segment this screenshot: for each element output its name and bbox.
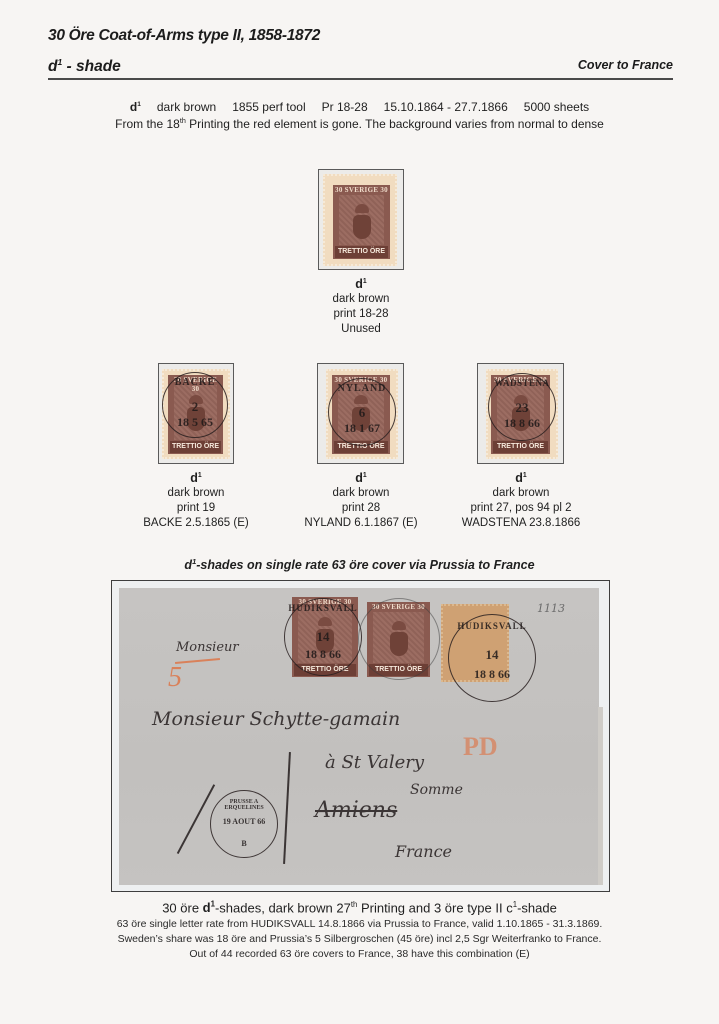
subtitle-text: - shade (62, 58, 121, 75)
stamp-mount-unused: 30 SVERIGE 30 TRETTIO ÖRE (318, 169, 404, 270)
caption-detail: WADSTENA 23.8.1866 (421, 516, 621, 531)
caption-print: print 27, pos 94 pl 2 (421, 501, 621, 516)
section-label: Cover to France (578, 58, 673, 72)
address-line-6: France (395, 842, 452, 861)
stamp-top-text: 30 SVERIGE 30 (335, 186, 388, 195)
red-rate-mark: 5 (168, 662, 182, 694)
spec-printings: Pr 18-28 (322, 100, 368, 114)
header-divider (48, 78, 673, 80)
address-line-1: Monsieur (176, 640, 239, 655)
stamp-caption-wadstena: d1 dark brown print 27, pos 94 pl 2 WADS… (421, 468, 621, 531)
spec-sheets: 5000 sheets (524, 100, 589, 114)
spec-period: 15.10.1864 - 27.7.1866 (384, 100, 508, 114)
spec-perf: 1855 perf tool (232, 100, 305, 114)
caption-color: dark brown (261, 292, 461, 307)
caption-detail: Unused (261, 322, 461, 337)
cover-caption-line-3: Out of 44 recorded 63 öre covers to Fran… (0, 948, 719, 960)
caption-color: dark brown (421, 486, 621, 501)
stamp-caption-unused: d1 dark brown print 18-28 Unused (261, 274, 461, 337)
stamp-mount-nyland: 30 SVERIGE 30 TRETTIO ÖRE NYLAND 6 18 1 … (317, 363, 404, 464)
stamp-design: 30 SVERIGE 30 TRETTIO ÖRE (333, 185, 390, 259)
address-line-2: Monsieur Schytte-gamain (152, 708, 400, 730)
pd-marking: PD (463, 732, 498, 762)
address-line-3: à St Valery (325, 752, 424, 773)
postmark-wadstena: WADSTENA 23 18 8 66 (488, 373, 556, 441)
cover-caption-line-1: 63 öre single letter rate from HUDIKSVAL… (0, 918, 719, 930)
cover-heading: d1-shades on single rate 63 öre cover vi… (0, 557, 719, 572)
transit-postmark: PRUSSE A ERQUELINES 19 AOUT 66 B (210, 790, 278, 858)
cover-postmark-2 (358, 598, 440, 680)
address-line-5: Amiens (315, 798, 397, 823)
page-subtitle: d1 - shade (48, 57, 121, 76)
stamp-value-text: TRETTIO ÖRE (170, 441, 221, 453)
cover-caption-title: 30 öre d1-shades, dark brown 27th Printi… (0, 900, 719, 915)
caption-shade: d1 (261, 274, 461, 292)
spec-note: From the 18th Printing the red element i… (0, 116, 719, 131)
crown-icon (355, 204, 369, 213)
address-line-4: Somme (410, 782, 463, 798)
spec-line: d1dark brown1855 perf toolPr 18-2815.10.… (0, 100, 719, 114)
cover-flap (598, 707, 603, 885)
page-title: 30 Öre Coat-of-Arms type II, 1858-1872 (48, 27, 320, 45)
cover-postmark-1: HUDIKSVALL 14 18 8 66 (284, 598, 362, 676)
postmark-backe: BACKE 2 18 5 65 (162, 372, 228, 438)
stamp-value-text: TRETTIO ÖRE (335, 246, 388, 258)
caption-print: print 18-28 (261, 307, 461, 322)
postmark-nyland: NYLAND 6 18 1 67 (328, 378, 396, 446)
stamp-value-text: TRETTIO ÖRE (493, 441, 548, 453)
coat-of-arms-icon (353, 215, 371, 239)
spec-color: dark brown (157, 100, 216, 114)
spec-shade: d1 (130, 100, 141, 114)
stamp-mount-wadstena: 30 SVERIGE 30 TRETTIO ÖRE WADSTENA 23 18… (477, 363, 564, 464)
cover-caption-line-2: Sweden’s share was 18 öre and Prussia’s … (0, 933, 719, 945)
stamp-mount-backe: 30 SVERIGE 30 TRETTIO ÖRE BACKE 2 18 5 6… (158, 363, 234, 464)
pencil-note: 1113 (537, 602, 565, 615)
cover-postmark-3: HUDIKSVALL 14 18 8 66 (448, 614, 536, 702)
